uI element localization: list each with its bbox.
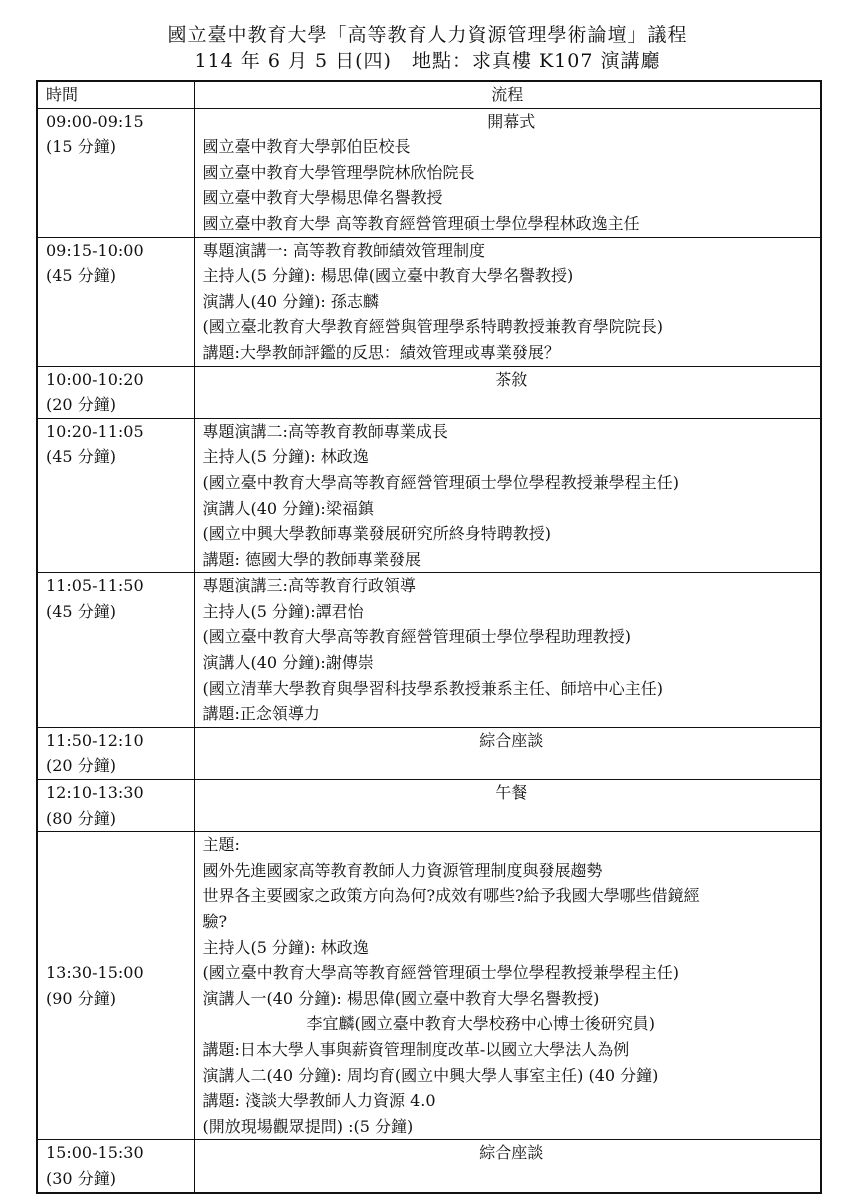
time-cell: 11:05-11:50 (45 分鐘) — [37, 573, 194, 728]
flow-line: 主持人(5 分鐘): 林政逸 — [203, 935, 821, 961]
flow-line: 講題: 淺談大學教師人力資源 4.0 — [203, 1088, 821, 1114]
document-header: 國立臺中教育大學「高等教育人力資源管理學術論壇」議程 114 年 6 月 5 日… — [0, 22, 855, 74]
flow-line: 專題演講一: 高等教育教師績效管理制度 — [203, 238, 821, 264]
table-row: 10:00-10:20 (20 分鐘) 茶敘 — [37, 366, 821, 418]
time-range: 10:20-11:05 — [46, 419, 194, 445]
flow-cell: 專題演講二:高等教育教師專業成長 主持人(5 分鐘): 林政逸 (國立臺中教育大… — [194, 418, 821, 573]
duration: (30 分鐘) — [46, 1166, 194, 1192]
flow-line: 專題演講三:高等教育行政領導 — [203, 573, 821, 599]
time-range: 15:00-15:30 — [46, 1140, 194, 1166]
session-heading: 綜合座談 — [203, 1140, 821, 1166]
flow-line: (國立清華大學教育與學習科技學系教授兼系主任、師培中心主任) — [203, 676, 821, 702]
header-time: 時間 — [37, 81, 194, 108]
session-heading: 開幕式 — [203, 109, 821, 135]
flow-line: 國立臺中教育大學楊思偉名譽教授 — [203, 185, 821, 211]
time-cell: 09:15-10:00 (45 分鐘) — [37, 237, 194, 366]
flow-line: (國立臺北教育大學教育經營與管理學系特聘教授兼教育學院院長) — [203, 314, 821, 340]
flow-line: 演講人(40 分鐘):梁福鎮 — [203, 496, 821, 522]
session-heading: 茶敘 — [203, 367, 821, 393]
time-cell: 10:20-11:05 (45 分鐘) — [37, 418, 194, 573]
flow-cell: 主題: 國外先進國家高等教育教師人力資源管理制度與發展趨勢 世界各主要國家之政策… — [194, 832, 821, 1140]
time-range: 11:50-12:10 — [46, 728, 194, 754]
flow-cell: 開幕式 國立臺中教育大學郭伯臣校長 國立臺中教育大學管理學院林欣怡院長 國立臺中… — [194, 108, 821, 237]
table-row: 15:00-15:30 (30 分鐘) 綜合座談 — [37, 1140, 821, 1193]
flow-line: 演講人一(40 分鐘): 楊思偉(國立臺中教育大學名譽教授) — [203, 986, 821, 1012]
flow-line: (國立臺中教育大學高等教育經營管理碩士學位學程助理教授) — [203, 624, 821, 650]
header-flow: 流程 — [194, 81, 821, 108]
flow-line: 講題: 德國大學的教師專業發展 — [203, 547, 821, 573]
flow-cell: 茶敘 — [194, 366, 821, 418]
flow-line: 演講人(40 分鐘): 孫志麟 — [203, 289, 821, 315]
table-row: 09:15-10:00 (45 分鐘) 專題演講一: 高等教育教師績效管理制度 … — [37, 237, 821, 366]
time-range: 09:00-09:15 — [46, 109, 194, 135]
flow-line: 演講人(40 分鐘):謝傳崇 — [203, 650, 821, 676]
time-range: 10:00-10:20 — [46, 367, 194, 393]
flow-line: 講題:日本大學人事與薪資管理制度改革-以國立大學法人為例 — [203, 1037, 821, 1063]
document-subtitle: 114 年 6 月 5 日(四) 地點：求真樓 K107 演講廳 — [0, 48, 855, 74]
flow-line: 演講人二(40 分鐘): 周均育(國立中興大學人事室主任) (40 分鐘) — [203, 1063, 821, 1089]
flow-line: 國立臺中教育大學郭伯臣校長 — [203, 134, 821, 160]
flow-cell: 專題演講一: 高等教育教師績效管理制度 主持人(5 分鐘): 楊思偉(國立臺中教… — [194, 237, 821, 366]
time-cell: 15:00-15:30 (30 分鐘) — [37, 1140, 194, 1193]
flow-line: 專題演講二:高等教育教師專業成長 — [203, 419, 821, 445]
flow-line: 講題:正念領導力 — [203, 701, 821, 727]
duration: (20 分鐘) — [46, 753, 194, 779]
flow-line: 李宜麟(國立臺中教育大學校務中心博士後研究員) — [203, 1011, 821, 1037]
time-range: 11:05-11:50 — [46, 573, 194, 599]
time-range: 13:30-15:00 — [46, 960, 194, 986]
flow-line: (國立中興大學教師專業發展研究所終身特聘教授) — [203, 521, 821, 547]
flow-line: (開放現場觀眾提問) :(5 分鐘) — [203, 1114, 821, 1140]
flow-line: 主持人(5 分鐘): 林政逸 — [203, 444, 821, 470]
table-row: 11:05-11:50 (45 分鐘) 專題演講三:高等教育行政領導 主持人(5… — [37, 573, 821, 728]
agenda-table: 時間 流程 09:00-09:15 (15 分鐘) 開幕式 國立臺中教育大學郭伯… — [36, 80, 822, 1194]
flow-line: 主題: — [203, 832, 821, 858]
time-cell: 11:50-12:10 (20 分鐘) — [37, 727, 194, 779]
session-heading: 午餐 — [203, 780, 821, 806]
duration: (45 分鐘) — [46, 599, 194, 625]
flow-line: 主持人(5 分鐘):譚君怡 — [203, 599, 821, 625]
duration: (15 分鐘) — [46, 134, 194, 160]
flow-line: 世界各主要國家之政策方向為何?成效有哪些?給予我國大學哪些借鏡經 — [203, 883, 821, 909]
table-header-row: 時間 流程 — [37, 81, 821, 108]
table-row: 13:30-15:00 (90 分鐘) 主題: 國外先進國家高等教育教師人力資源… — [37, 832, 821, 1140]
table-row: 10:20-11:05 (45 分鐘) 專題演講二:高等教育教師專業成長 主持人… — [37, 418, 821, 573]
table-row: 09:00-09:15 (15 分鐘) 開幕式 國立臺中教育大學郭伯臣校長 國立… — [37, 108, 821, 237]
flow-line: 講題:大學教師評鑑的反思：績效管理或專業發展？ — [203, 340, 821, 366]
table-row: 11:50-12:10 (20 分鐘) 綜合座談 — [37, 727, 821, 779]
time-cell: 10:00-10:20 (20 分鐘) — [37, 366, 194, 418]
time-cell: 09:00-09:15 (15 分鐘) — [37, 108, 194, 237]
duration: (45 分鐘) — [46, 263, 194, 289]
flow-cell: 綜合座談 — [194, 1140, 821, 1193]
time-range: 09:15-10:00 — [46, 238, 194, 264]
document-title: 國立臺中教育大學「高等教育人力資源管理學術論壇」議程 — [0, 22, 855, 48]
flow-line: 國立臺中教育大學 高等教育經營管理碩士學位學程林政逸主任 — [203, 211, 821, 237]
flow-line: 主持人(5 分鐘): 楊思偉(國立臺中教育大學名譽教授) — [203, 263, 821, 289]
flow-line: 驗? — [203, 909, 821, 935]
session-heading: 綜合座談 — [203, 728, 821, 754]
flow-cell: 綜合座談 — [194, 727, 821, 779]
flow-line: (國立臺中教育大學高等教育經營管理碩士學位學程教授兼學程主任) — [203, 470, 821, 496]
table-row: 12:10-13:30 (80 分鐘) 午餐 — [37, 780, 821, 832]
duration: (20 分鐘) — [46, 392, 194, 418]
flow-cell: 午餐 — [194, 780, 821, 832]
duration: (45 分鐘) — [46, 444, 194, 470]
flow-line: (國立臺中教育大學高等教育經營管理碩士學位學程教授兼學程主任) — [203, 960, 821, 986]
time-cell: 13:30-15:00 (90 分鐘) — [37, 832, 194, 1140]
duration: (80 分鐘) — [46, 806, 194, 832]
flow-line: 國立臺中教育大學管理學院林欣怡院長 — [203, 160, 821, 186]
flow-line: 國外先進國家高等教育教師人力資源管理制度與發展趨勢 — [203, 858, 821, 884]
duration: (90 分鐘) — [46, 986, 194, 1012]
time-cell: 12:10-13:30 (80 分鐘) — [37, 780, 194, 832]
flow-cell: 專題演講三:高等教育行政領導 主持人(5 分鐘):譚君怡 (國立臺中教育大學高等… — [194, 573, 821, 728]
time-range: 12:10-13:30 — [46, 780, 194, 806]
